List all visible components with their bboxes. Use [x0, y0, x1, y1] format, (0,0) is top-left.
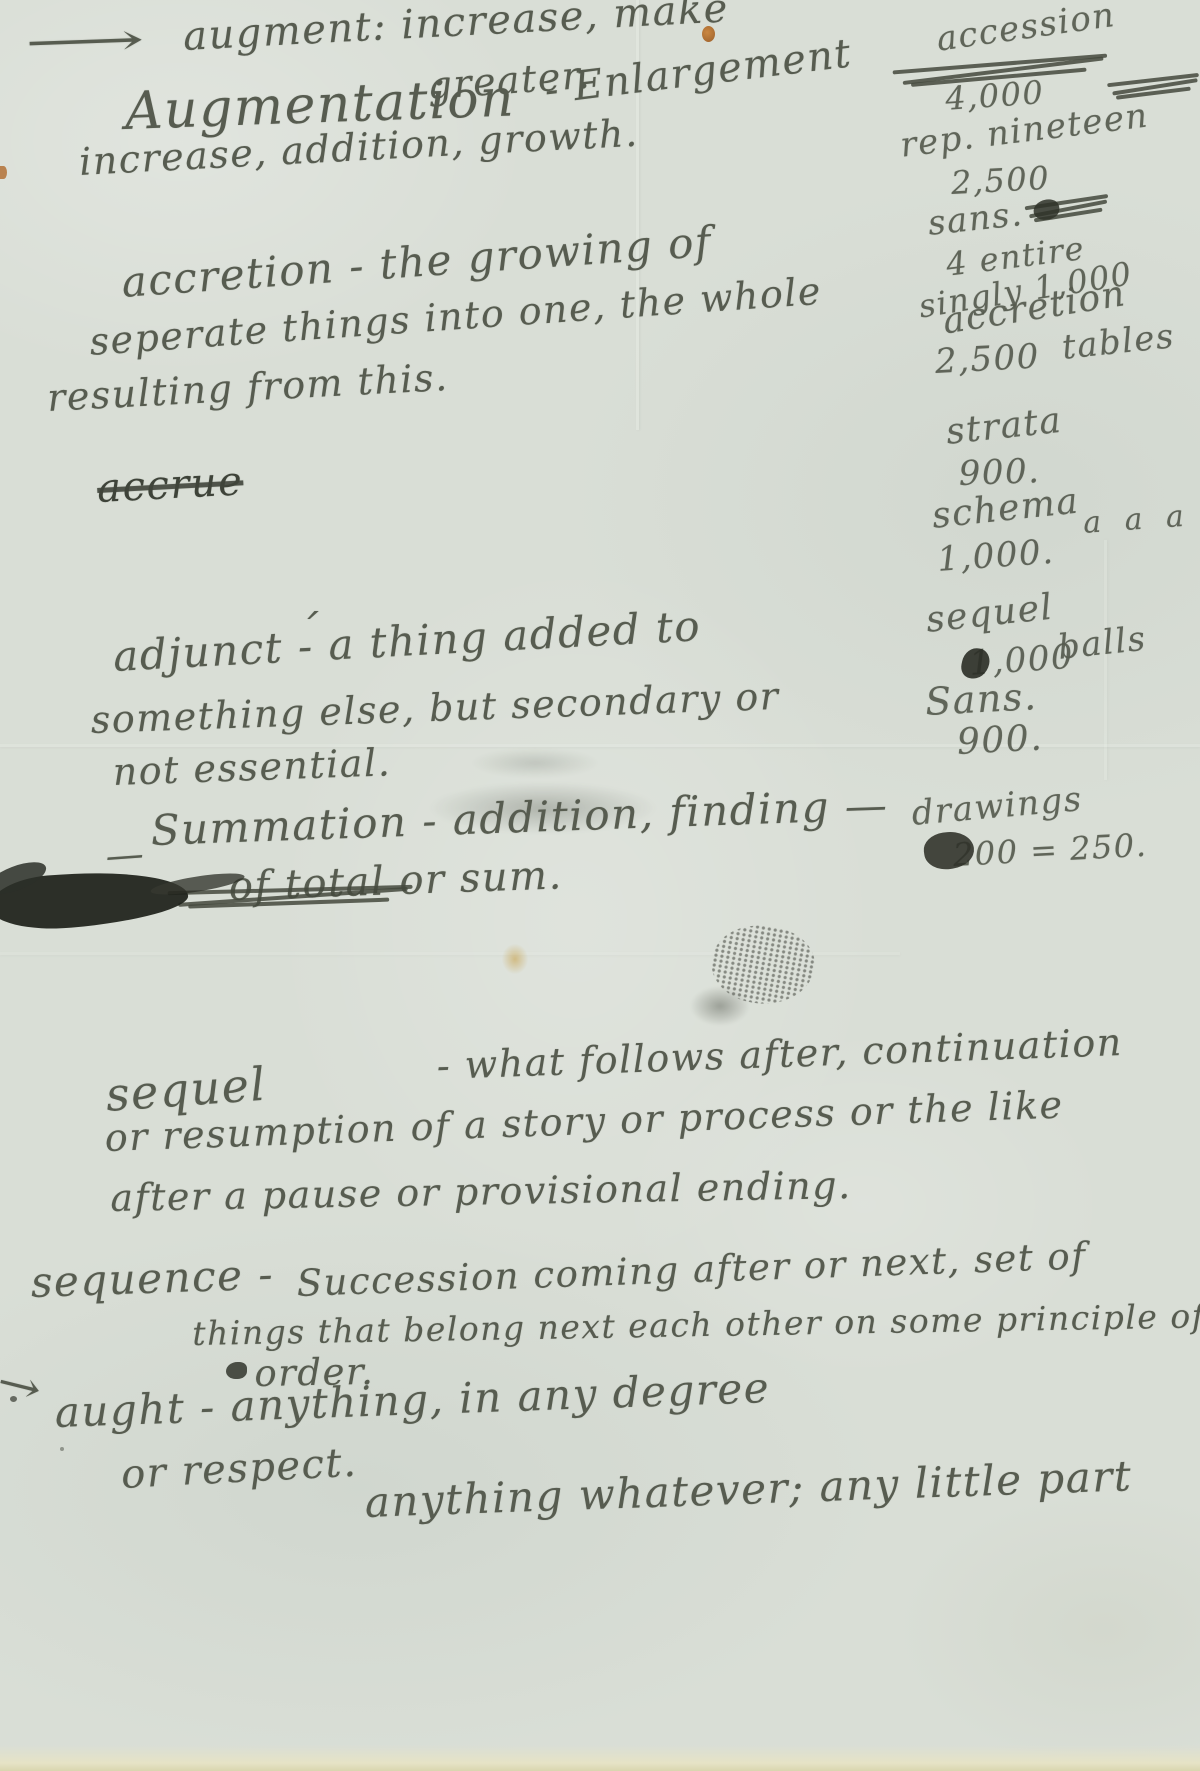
definition-sequel-line3: after a pause or provisional ending.	[110, 1163, 852, 1220]
ink-smudge	[470, 748, 600, 778]
margin-note-strata: strata	[944, 400, 1064, 453]
yellow-stain	[502, 944, 528, 974]
margin-note-schema-value: 1,000.	[936, 532, 1056, 580]
paper-bottom-edge	[0, 1745, 1200, 1771]
definition-sequel-line1: - what follows after, continuation	[436, 1020, 1123, 1088]
ink-smear	[0, 863, 190, 934]
margin-note-sans: sans.	[926, 194, 1025, 244]
summation-lead-dash: —	[104, 831, 146, 878]
margin-note-drawings-value: 200 = 250.	[952, 826, 1148, 874]
ink-speck	[60, 1447, 64, 1451]
definition-accretion-line3: resulting from this.	[46, 355, 450, 420]
margin-doodle: a a a	[1082, 498, 1192, 540]
definition-augment-line1: augment: increase, make	[182, 0, 730, 60]
margin-note-sequel: sequel	[924, 587, 1055, 641]
crossed-out-word: accrue	[96, 458, 244, 512]
definition-adjunct-line3: not essential.	[112, 740, 392, 794]
right-arrow-icon: ⟶	[24, 14, 148, 69]
definition-sequence-line2: things that belong next each other on so…	[192, 1296, 1200, 1353]
rust-fleck	[0, 166, 7, 179]
definition-adjunct-line2: something else, but secondary or	[90, 674, 780, 742]
definition-adjunct-line1: adjunct - a thing added to	[112, 601, 702, 681]
margin-note-sans-2-value: 900.	[956, 717, 1044, 762]
ink-fingerprint-blot	[690, 986, 750, 1026]
margin-note-drawings: drawings	[910, 779, 1084, 834]
definition-aught-line1: aught - anything, in any degree	[54, 1363, 771, 1437]
margin-note-sans-2: Sans.	[924, 674, 1038, 724]
margin-note-schema: schema	[930, 481, 1081, 537]
margin-note-tables: tables	[1060, 316, 1177, 368]
crossed-out-scribble	[1107, 68, 1200, 107]
margin-note-accretion-value: 2,500	[934, 337, 1041, 382]
right-arrow-icon: →	[0, 1356, 49, 1415]
definition-aught-line3: anything whatever; any little part	[364, 1451, 1133, 1527]
definition-sequence-line1: Succession coming after or next, set of	[296, 1234, 1087, 1305]
definition-augmentation-line1: - Enlargement	[542, 30, 854, 113]
handwritten-note-page: ⟶ → augment: increase, make greater. Aug…	[0, 0, 1200, 1771]
ink-blot	[226, 1362, 247, 1379]
term-sequence: sequence -	[30, 1250, 275, 1307]
definition-aught-line2: or respect.	[120, 1440, 358, 1498]
